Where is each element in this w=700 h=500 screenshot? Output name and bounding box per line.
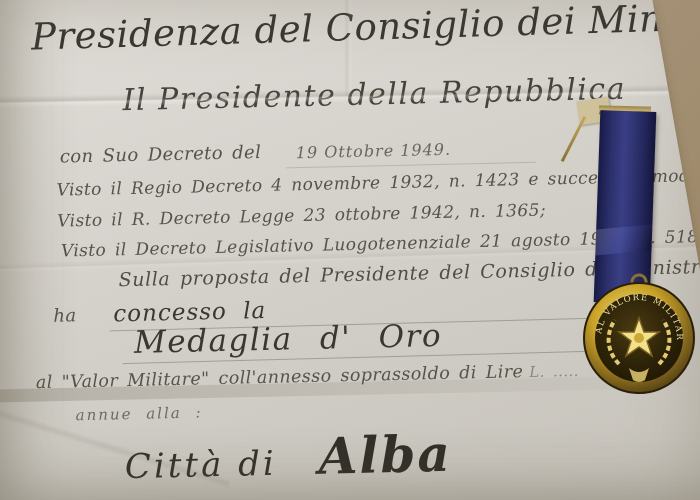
award-name-handwritten: Medaglia d' Oro (134, 318, 443, 361)
grant-printed-ha: ha (53, 305, 77, 327)
president-title: Il Presidente della Repubblica (122, 72, 626, 118)
ruled-line (286, 162, 536, 169)
valor-militare-line: al "Valor Militare" coll'annesso soprass… (36, 361, 579, 393)
decree-handwritten-date: 19 Ottobre 1949. (296, 140, 452, 163)
photo-of-certificate: Presidenza del Consiglio dei Ministri Il… (0, 0, 700, 500)
soprassoldo-amount-handwritten: L. ..... (529, 362, 579, 381)
visto-line-2: Visto il R. Decreto Legge 23 ottobre 194… (57, 201, 546, 232)
recipient-prefix: Città di (124, 444, 277, 487)
annue-alla-line: annue alla : (75, 403, 202, 424)
valor-printed-text: al "Valor Militare" coll'annesso soprass… (36, 362, 524, 393)
decree-printed-text: con Suo Decreto del (60, 142, 262, 168)
recipient-city-name: Alba (318, 424, 452, 486)
gold-medal: AL VALORE MILITARE (577, 272, 700, 400)
recipient-line: Città di Alba (124, 424, 452, 490)
ribbon-fold-highlight (595, 225, 652, 256)
certificate-header: Presidenza del Consiglio dei Ministri (30, 0, 700, 59)
medal-center-dot (634, 333, 644, 343)
